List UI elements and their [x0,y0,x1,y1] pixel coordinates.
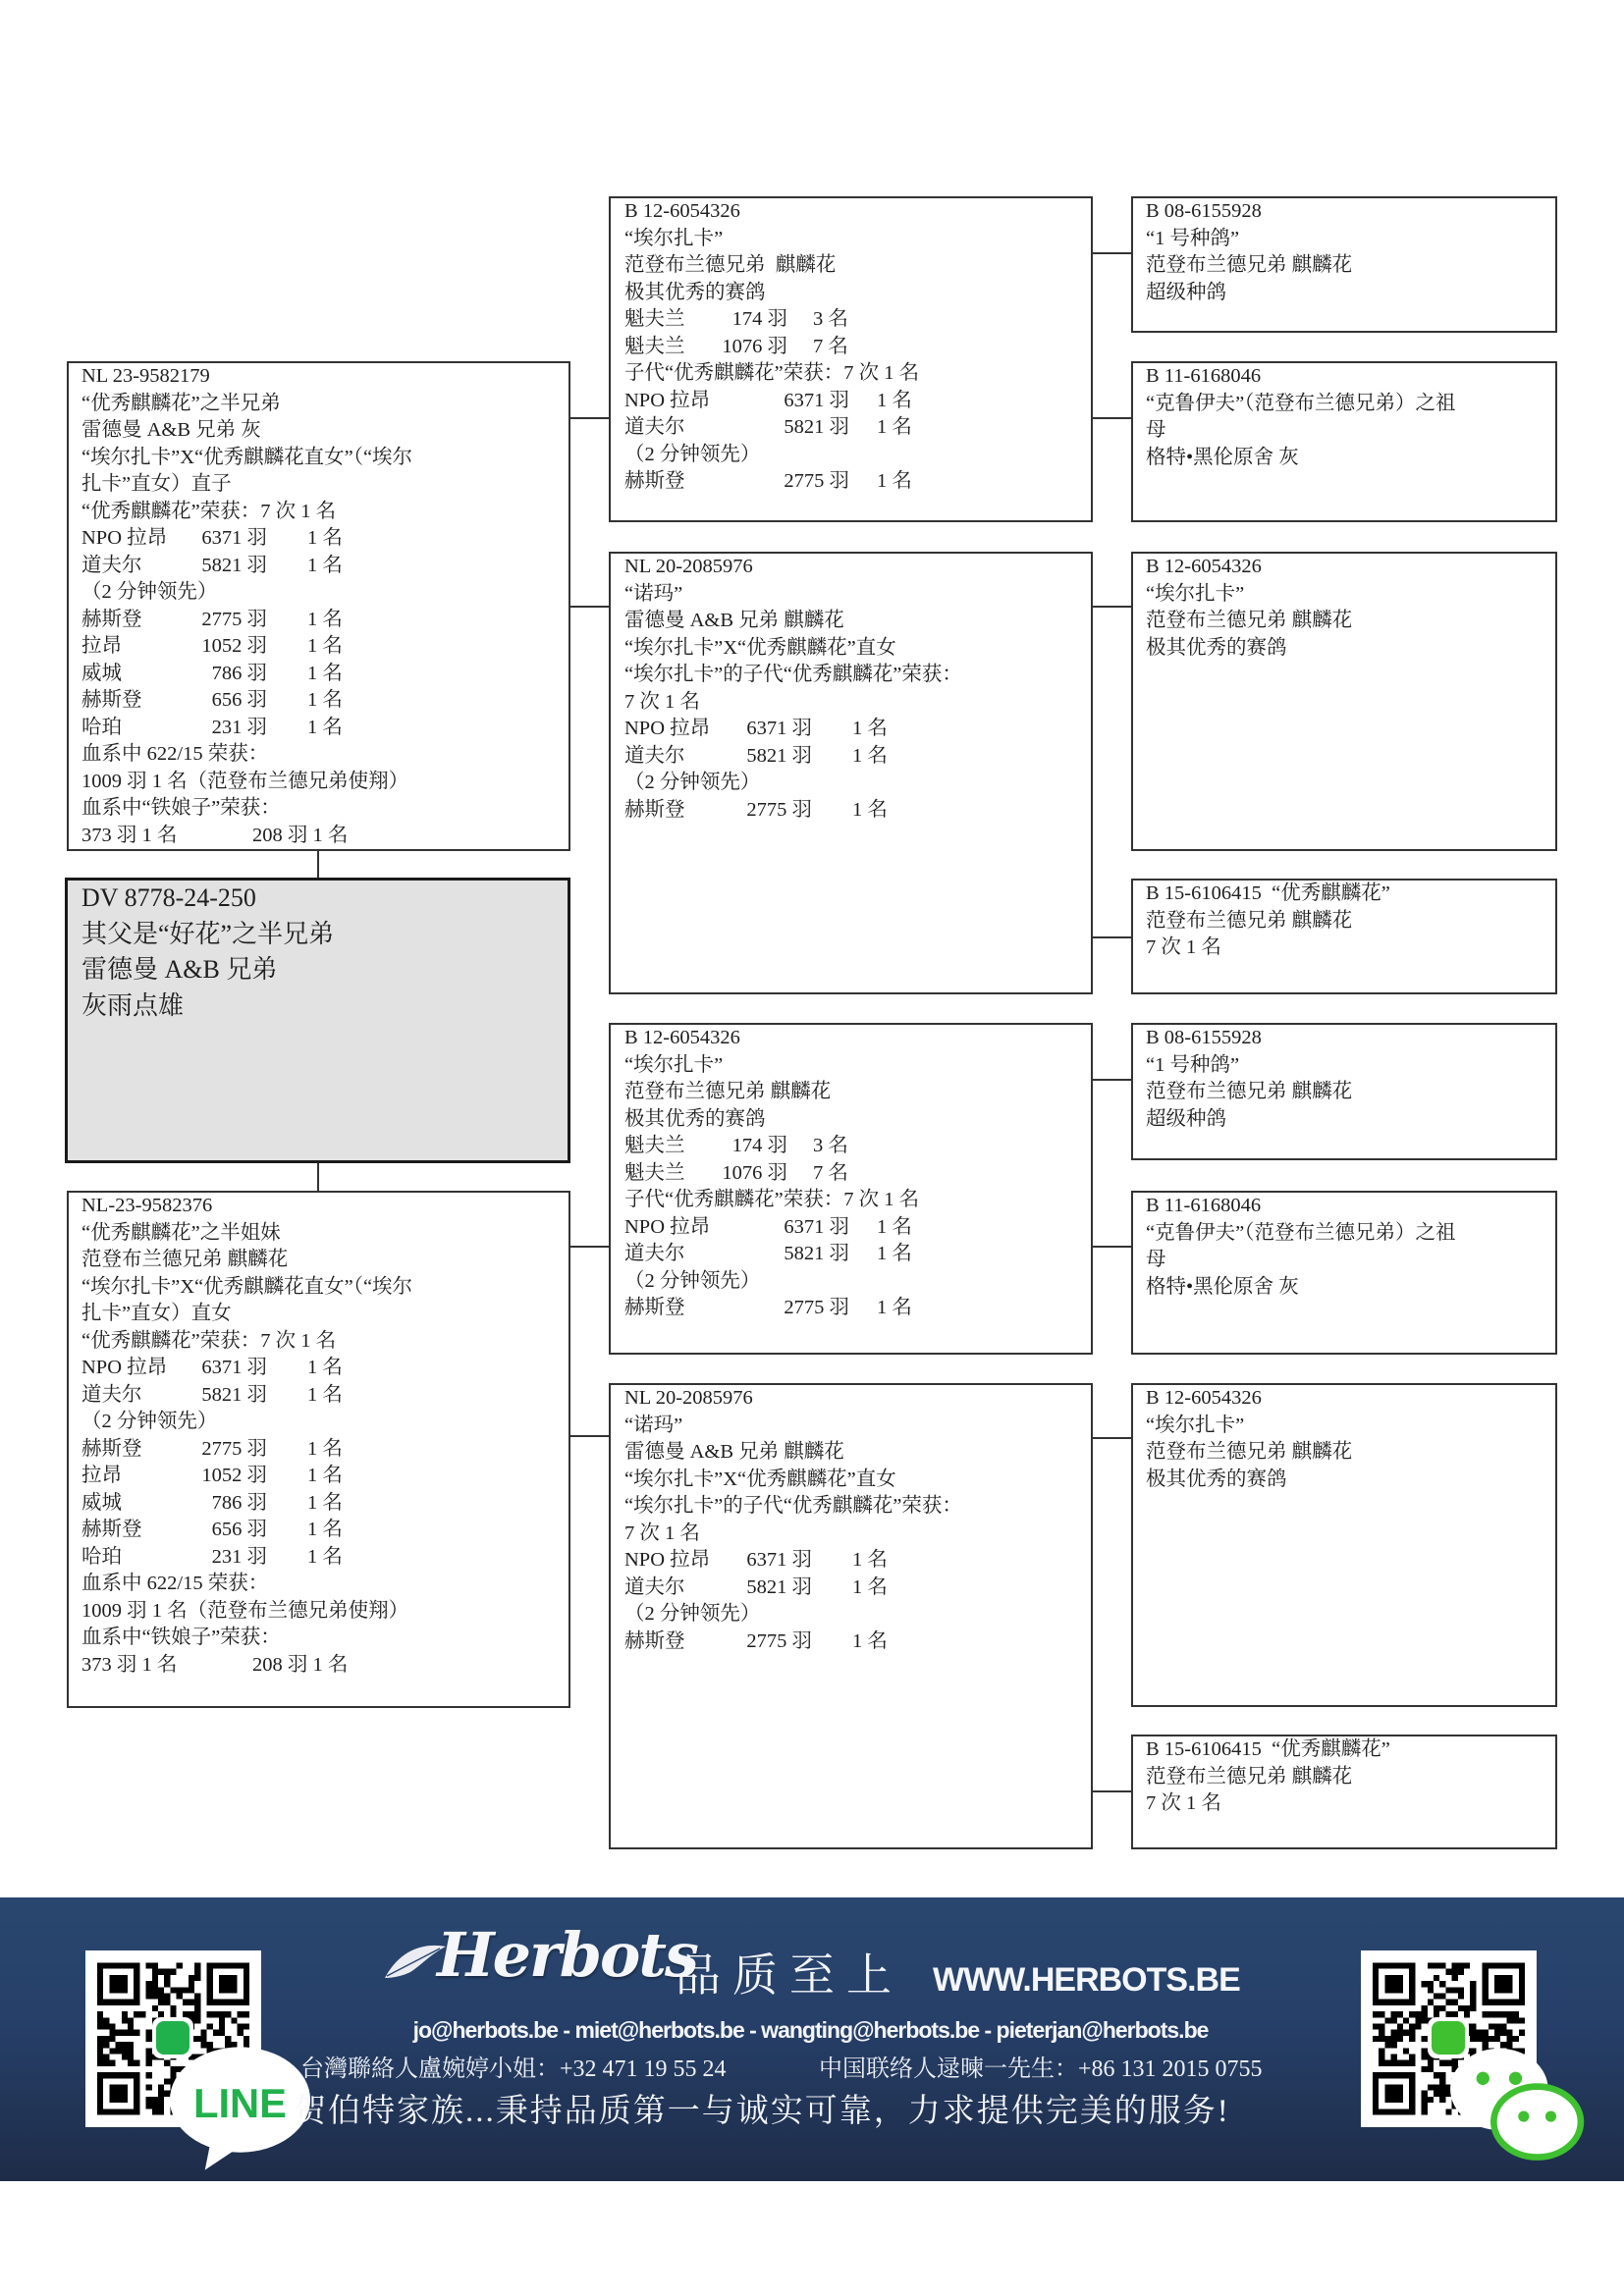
result-row: 道夫尔5821 羽1 名 [624,1241,1091,1268]
result-row: 道夫尔5821 羽1 名 [81,553,568,580]
text-line: “埃尔扎卡” [1146,581,1555,609]
contact-taiwan: 台灣聯絡人盧婉婷小姐：+32 471 19 55 24 [300,2055,727,2084]
bird-count: 5821 羽 [727,1575,812,1602]
placing: 1 名 [877,1241,912,1268]
bird-count: 231 羽 [187,1544,267,1572]
placing: 1 名 [852,1575,888,1602]
contact-china: 中国联络人逯暕一先生：+86 131 2015 0755 [819,2055,1263,2084]
bird-count: 656 羽 [187,687,267,715]
result-row: NPO 拉昂6371 羽1 名 [81,1355,568,1382]
svg-text:LINE: LINE [193,2080,287,2126]
result-row: 赫斯登2775 羽1 名 [624,797,1091,825]
connector-gp4-ggp8 [1093,1790,1131,1792]
connector-gp3-ggp5 [1093,1079,1131,1081]
text-line: （2 分钟领先） [624,770,1091,797]
bird-count: 656 羽 [187,1517,267,1544]
placing: 1 名 [307,607,343,634]
text-line: “诺玛” [624,581,1091,609]
result-row: 威城786 羽1 名 [81,661,568,688]
result-row: NPO 拉昂6371 羽1 名 [624,1214,1091,1242]
race-location: 赫斯登 [81,1436,187,1464]
bird-count: 2775 羽 [187,1436,267,1464]
text-line: 7 次 1 名 [1146,934,1555,962]
result-row: 373 羽 1 名208 羽 1 名 [81,1652,568,1680]
text-line: 超级种鸽 [1146,280,1555,307]
great-grandparent-card-5: B 08-6155928“1 号种鸽”范登布兰德兄弟 麒麟花超级种鸽 [1131,1023,1557,1160]
text-line: 母 [1146,1247,1555,1274]
text-line: “优秀麒麟花”之半姐妹 [81,1220,568,1248]
text-line: 极其优秀的赛鸽 [624,280,1091,307]
wechat-qr-code[interactable] [1361,1950,1537,2127]
race-location: NPO 拉昂 [624,1214,766,1242]
bird-count: 1052 羽 [187,633,267,661]
text-line: 范登布兰德兄弟 麒麟花 [624,1079,1091,1106]
race-location: 道夫尔 [624,1575,727,1602]
text-line: 范登布兰德兄弟 麒麟花 [1146,908,1555,935]
text-line: （2 分钟领先） [81,579,568,607]
race-location: 拉昂 [81,1463,187,1490]
race-location: 道夫尔 [81,553,187,580]
text-line: “埃尔扎卡”X“优秀麒麟花”直女 [624,635,1091,663]
result-row: 道夫尔5821 羽1 名 [624,743,1091,771]
placing: 1 名 [307,1436,343,1464]
text-line: B 15-6106415 “优秀麒麟花” [1146,881,1555,908]
text-line: “埃尔扎卡” [624,226,1091,253]
text-line: （2 分钟领先） [624,1268,1091,1296]
text-line: “埃尔扎卡” [624,1052,1091,1080]
bird-count: 6371 羽 [187,1355,267,1382]
bird-count: 2775 羽 [727,797,812,825]
text-line: 7 次 1 名 [624,1521,1091,1548]
text-line: NL 23-9582179 [81,363,568,391]
bird-count: 6371 羽 [766,388,849,415]
great-grandparent-card-3: B 12-6054326“埃尔扎卡”范登布兰德兄弟 麒麟花极其优秀的赛鸽 [1131,552,1557,851]
text-line: “克鲁伊夫”（范登布兰德兄弟）之祖 [1146,391,1555,418]
subject-pigeon-card: DV 8778-24-250其父是“好花”之半兄弟雷德曼 A&B 兄弟灰雨点雄 [65,878,570,1163]
result-row: NPO 拉昂6371 羽1 名 [624,716,1091,743]
race-location: 赫斯登 [624,1295,766,1322]
placing: 1 名 [877,1214,912,1242]
connector-dam-gp4 [570,1435,609,1437]
family-slogan: 贺伯特家族...秉持品质第一与诚实可靠，力求提供完美的服务! [294,2091,1315,2132]
text-line: 7 次 1 名 [624,689,1091,717]
text-line: “优秀麒麟花”荣获：7 次 1 名 [81,499,568,526]
text-line: B 08-6155928 [1146,1025,1555,1052]
placing: 1 名 [307,553,343,580]
text-line: B 12-6054326 [624,198,1091,226]
grandparent-card-dam-dam: NL 20-2085976“诺玛”雷德曼 A&B 兄弟 麒麟花“埃尔扎卡”X“优… [609,1383,1093,1849]
result-row: 373 羽 1 名208 羽 1 名 [81,823,568,850]
text-line: 范登布兰德兄弟 麒麟花 [624,252,1091,280]
text-line: 7 次 1 名 [1146,1790,1555,1818]
text-line: 子代“优秀麒麟花”荣获：7 次 1 名 [624,360,1091,388]
text-line: 1009 羽 1 名（范登布兰德兄弟使翔） [81,769,568,796]
placing: 1 名 [877,468,912,496]
text-line: 母 [1146,417,1555,445]
text-line: 格特•黑伦原舍 灰 [1146,445,1555,472]
placing: 1 名 [307,1517,343,1544]
text-line: “埃尔扎卡” [1146,1413,1555,1440]
result-row: NPO 拉昂6371 羽1 名 [81,525,568,553]
result-row: 威城786 羽1 名 [81,1490,568,1518]
text-line: 极其优秀的赛鸽 [624,1106,1091,1134]
great-grandparent-card-2: B 11-6168046“克鲁伊夫”（范登布兰德兄弟）之祖母格特•黑伦原舍 灰 [1131,361,1557,522]
placing: 1 名 [307,1544,343,1572]
line-qr-code[interactable]: LINE [85,1950,261,2127]
bird-count: 5821 羽 [187,1382,267,1410]
text-line: DV 8778-24-250 [81,881,568,917]
text-line: 范登布兰德兄弟 麒麟花 [1146,608,1555,635]
text-line: B 12-6054326 [1146,1385,1555,1413]
text-line: 极其优秀的赛鸽 [1146,635,1555,663]
connector-gp3-ggp6 [1093,1246,1131,1248]
bird-count: 1076 羽 [710,334,787,361]
connector-gp1-ggp1 [1093,252,1131,254]
wechat-bubbles-icon [1439,2029,1592,2182]
connector-sire-gp2 [570,606,609,608]
placing: 1 名 [307,1490,343,1518]
text-line: “克鲁伊夫”（范登布兰德兄弟）之祖 [1146,1220,1555,1248]
placing: 1 名 [852,716,888,743]
text-line: NL 20-2085976 [624,1385,1091,1413]
text-line: （2 分钟领先） [81,1409,568,1436]
placing: 1 名 [307,687,343,715]
race-location: 魁夫兰 [624,1133,710,1160]
placing: 1 名 [307,1463,343,1490]
race-location: 道夫尔 [81,1382,187,1410]
race-location: 道夫尔 [624,1241,766,1268]
bird-count: 6371 羽 [187,525,267,553]
race-location: 赫斯登 [81,1517,187,1544]
race-location: 魁夫兰 [624,334,710,361]
text-line: 其父是“好花”之半兄弟 [81,917,568,953]
brand-tagline: 品质至上 [676,1947,903,2005]
text-line: B 08-6155928 [1146,198,1555,226]
placing: 1 名 [877,414,912,442]
connector-gp4-ggp7 [1093,1437,1131,1439]
bird-count: 174 羽 [710,306,787,334]
text-line: NL 20-2085976 [624,554,1091,581]
herbots-logo: Herbots [437,1919,697,1991]
bird-count: 5821 羽 [766,1241,849,1268]
bird-count: 5821 羽 [187,553,267,580]
text-line: “优秀麒麟花”荣获：7 次 1 名 [81,1328,568,1356]
text-line: “埃尔扎卡”的子代“优秀麒麟花”荣获： [624,662,1091,689]
race-location: 赫斯登 [624,468,766,496]
grandparent-card-sire-dam: NL 20-2085976“诺玛”雷德曼 A&B 兄弟 麒麟花“埃尔扎卡”X“优… [609,552,1093,994]
result-row: 道夫尔5821 羽1 名 [81,1382,568,1410]
result-row: 道夫尔5821 羽1 名 [624,1575,1091,1602]
race-location: 赫斯登 [81,687,187,715]
text-line: 范登布兰德兄弟 麒麟花 [1146,1764,1555,1791]
text-line: “埃尔扎卡”的子代“优秀麒麟花”荣获： [624,1493,1091,1521]
text-line: 超级种鸽 [1146,1106,1555,1134]
bird-count: 6371 羽 [727,1547,812,1575]
placing: 1 名 [877,1295,912,1322]
connector-sire-subject [317,851,319,878]
result-row: 赫斯登2775 羽1 名 [81,1436,568,1464]
text-line: 扎卡”直女）直子 [81,471,568,499]
result-row: 赫斯登2775 羽1 名 [624,1629,1091,1656]
race-location: 赫斯登 [624,797,727,825]
bird-count: 786 羽 [187,1490,267,1518]
race-location: NPO 拉昂 [624,716,727,743]
great-grandparent-card-4: B 15-6106415 “优秀麒麟花”范登布兰德兄弟 麒麟花7 次 1 名 [1131,879,1557,994]
text-line: 范登布兰德兄弟 麒麟花 [1146,1079,1555,1106]
great-grandparent-card-8: B 15-6106415 “优秀麒麟花”范登布兰德兄弟 麒麟花7 次 1 名 [1131,1735,1557,1849]
text-line: “埃尔扎卡”X“优秀麒麟花直女”（“埃尔 [81,445,568,472]
grandparent-card-dam-sire: B 12-6054326“埃尔扎卡”范登布兰德兄弟 麒麟花极其优秀的赛鸽魁夫兰1… [609,1023,1093,1355]
text-line: 范登布兰德兄弟 麒麟花 [81,1247,568,1274]
bird-count: 2775 羽 [187,607,267,634]
result-row: NPO 拉昂6371 羽1 名 [624,388,1091,415]
result-row: 赫斯登656 羽1 名 [81,687,568,715]
bird-count: 2775 羽 [766,1295,849,1322]
wechat-icon [1428,2017,1469,2058]
connector-subject-dam [317,1163,319,1191]
race-location: 拉昂 [81,633,187,661]
text-line: “优秀麒麟花”之半兄弟 [81,391,568,418]
result-b: 208 羽 1 名 [252,823,348,850]
great-grandparent-card-6: B 11-6168046“克鲁伊夫”（范登布兰德兄弟）之祖母格特•黑伦原舍 灰 [1131,1191,1557,1355]
result-row: 魁夫兰174 羽3 名 [624,306,1091,334]
placing: 1 名 [307,661,343,688]
result-row: 拉昂1052 羽1 名 [81,1463,568,1490]
race-location: 哈珀 [81,1544,187,1572]
placing: 1 名 [307,633,343,661]
result-row: 道夫尔5821 羽1 名 [624,414,1091,442]
result-row: 赫斯登2775 羽1 名 [81,607,568,634]
text-line: 雷德曼 A&B 兄弟 [81,952,568,988]
text-line: 范登布兰德兄弟 麒麟花 [1146,1439,1555,1467]
race-location: NPO 拉昂 [624,388,766,415]
placing: 1 名 [852,1629,888,1656]
placing: 7 名 [813,334,848,361]
bird-count: 6371 羽 [766,1214,849,1242]
line-icon: LINE [152,2017,193,2058]
text-line: 子代“优秀麒麟花”荣获：7 次 1 名 [624,1187,1091,1214]
text-line: 雷德曼 A&B 兄弟 麒麟花 [624,1439,1091,1467]
text-line: B 15-6106415 “优秀麒麟花” [1146,1736,1555,1764]
text-line: （2 分钟领先） [624,442,1091,469]
placing: 1 名 [852,743,888,771]
bird-count: 6371 羽 [727,716,812,743]
placing: 3 名 [813,1133,848,1160]
placing: 1 名 [852,797,888,825]
text-line: （2 分钟领先） [624,1601,1091,1629]
dam-card: NL-23-9582376“优秀麒麟花”之半姐妹范登布兰德兄弟 麒麟花“埃尔扎卡… [67,1191,570,1708]
text-line: B 11-6168046 [1146,1193,1555,1220]
connector-dam-gp3 [570,1246,609,1248]
placing: 1 名 [877,388,912,415]
connector-gp2-ggp4 [1093,936,1131,938]
race-location: NPO 拉昂 [81,525,187,553]
connector-gp2-ggp3 [1093,606,1131,608]
connector-sire-gp1 [570,417,609,419]
text-line: 雷德曼 A&B 兄弟 灰 [81,417,568,445]
text-line: B 12-6054326 [1146,554,1555,581]
race-location: 道夫尔 [624,743,727,771]
text-line: NL-23-9582376 [81,1193,568,1220]
result-row: NPO 拉昂6371 羽1 名 [624,1547,1091,1575]
website-link[interactable]: WWW.HERBOTS.BE [933,1960,1240,2000]
text-line: 血系中“铁娘子”荣获： [81,1625,568,1652]
race-location: 威城 [81,661,187,688]
text-line: B 11-6168046 [1146,363,1555,391]
race-location: NPO 拉昂 [624,1547,727,1575]
race-location: 威城 [81,1490,187,1518]
result-row: 赫斯登2775 羽1 名 [624,1295,1091,1322]
great-grandparent-card-7: B 12-6054326“埃尔扎卡”范登布兰德兄弟 麒麟花极其优秀的赛鸽 [1131,1383,1557,1707]
result-b: 208 羽 1 名 [252,1652,348,1680]
text-line: “1 号种鸽” [1146,1052,1555,1080]
result-row: 魁夫兰1076 羽7 名 [624,1160,1091,1188]
text-line: 1009 羽 1 名（范登布兰德兄弟使翔） [81,1598,568,1626]
text-line: “埃尔扎卡”X“优秀麒麟花直女”（“埃尔 [81,1274,568,1302]
text-line: 极其优秀的赛鸽 [1146,1467,1555,1494]
contact-emails[interactable]: jo@herbots.be - miet@herbots.be - wangti… [356,2015,1265,2045]
placing: 1 名 [307,1382,343,1410]
result-row: 哈珀231 羽1 名 [81,1544,568,1572]
bird-count: 174 羽 [710,1133,787,1160]
bird-count: 1052 羽 [187,1463,267,1490]
text-line: 格特•黑伦原舍 灰 [1146,1274,1555,1302]
text-line: 灰雨点雄 [81,988,568,1025]
text-line: 血系中 622/15 荣获： [81,741,568,769]
result-row: 魁夫兰174 羽3 名 [624,1133,1091,1160]
text-line: 血系中 622/15 荣获： [81,1571,568,1598]
placing: 1 名 [852,1547,888,1575]
race-location: 哈珀 [81,715,187,742]
result-a: 373 羽 1 名 [81,823,252,850]
race-location: 魁夫兰 [624,306,710,334]
result-row: 赫斯登2775 羽1 名 [624,468,1091,496]
bird-count: 786 羽 [187,661,267,688]
text-line: “诺玛” [624,1413,1091,1440]
text-line: 血系中“铁娘子”荣获： [81,795,568,823]
race-location: 道夫尔 [624,414,766,442]
text-line: “埃尔扎卡”X“优秀麒麟花”直女 [624,1467,1091,1494]
grandparent-card-sire-sire: B 12-6054326“埃尔扎卡”范登布兰德兄弟 麒麟花极其优秀的赛鸽魁夫兰1… [609,196,1093,522]
text-line: 范登布兰德兄弟 麒麟花 [1146,252,1555,280]
result-row: 赫斯登656 羽1 名 [81,1517,568,1544]
text-line: “1 号种鸽” [1146,226,1555,253]
bird-count: 231 羽 [187,715,267,742]
race-location: 赫斯登 [624,1629,727,1656]
race-location: 赫斯登 [81,607,187,634]
great-grandparent-card-1: B 08-6155928“1 号种鸽”范登布兰德兄弟 麒麟花超级种鸽 [1131,196,1557,333]
result-row: 魁夫兰1076 羽7 名 [624,334,1091,361]
race-location: NPO 拉昂 [81,1355,187,1382]
placing: 7 名 [813,1160,848,1188]
text-line: B 12-6054326 [624,1025,1091,1052]
sire-card: NL 23-9582179“优秀麒麟花”之半兄弟雷德曼 A&B 兄弟 灰“埃尔扎… [67,361,570,851]
text-line: 扎卡”直女）直女 [81,1301,568,1328]
result-row: 哈珀231 羽1 名 [81,715,568,742]
placing: 1 名 [307,715,343,742]
bird-count: 2775 羽 [727,1629,812,1656]
placing: 1 名 [307,1355,343,1382]
bird-count: 2775 羽 [766,468,849,496]
bird-count: 5821 羽 [727,743,812,771]
race-location: 魁夫兰 [624,1160,710,1188]
placing: 3 名 [813,306,848,334]
placing: 1 名 [307,525,343,553]
text-line: 雷德曼 A&B 兄弟 麒麟花 [624,608,1091,635]
pedigree-page: NL 23-9582179“优秀麒麟花”之半兄弟雷德曼 A&B 兄弟 灰“埃尔扎… [0,0,1624,2296]
result-a: 373 羽 1 名 [81,1652,252,1680]
connector-gp1-ggp2 [1093,417,1131,419]
result-row: 拉昂1052 羽1 名 [81,633,568,661]
bird-count: 1076 羽 [710,1160,787,1188]
bird-count: 5821 羽 [766,414,849,442]
